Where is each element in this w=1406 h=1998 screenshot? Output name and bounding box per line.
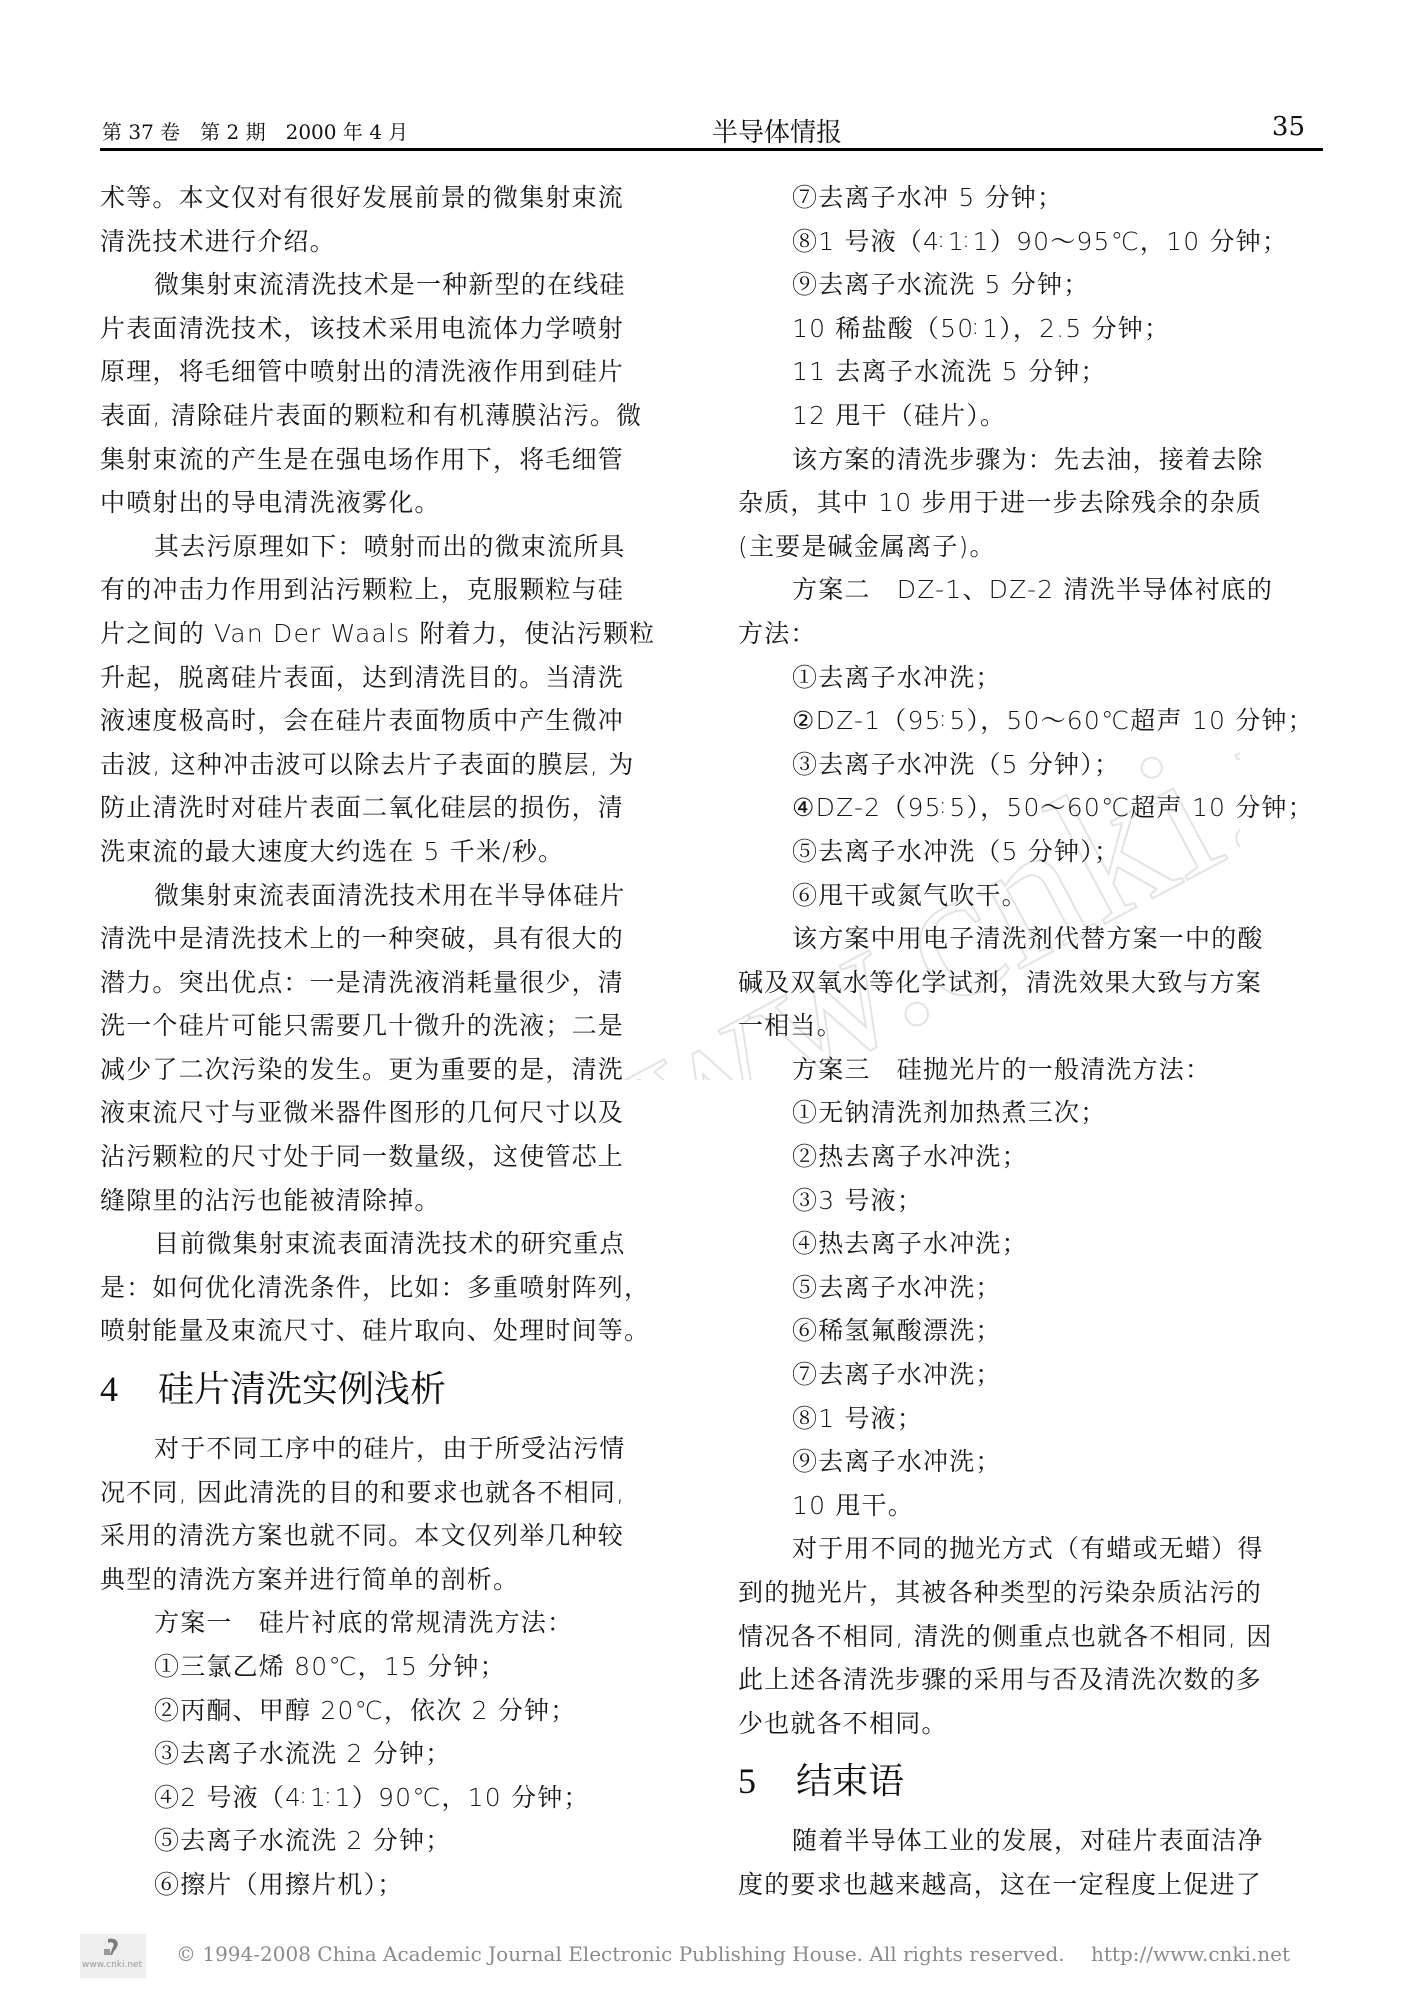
text-line: 对于不同工序中的硅片，由于所受沾污情: [100, 1427, 680, 1471]
right-body-text: ⑦去离子水冲 5 分钟；⑧1 号液（4∶1∶1）90～95℃，10 分钟；⑨去离…: [738, 176, 1323, 1745]
text-line: ④2 号液（4∶1∶1）90℃，10 分钟；: [100, 1776, 680, 1820]
text-line: 10 稀盐酸（50∶1），2.5 分钟；: [738, 307, 1323, 351]
text-line: 到的抛光片，其被各种类型的污染杂质沾污的: [738, 1571, 1323, 1615]
text-line: ①去离子水冲洗；: [738, 656, 1323, 700]
text-line: 片之间的 Van Der Waals 附着力，使沾污颗粒: [100, 612, 680, 656]
text-line: 清洗中是清洗技术上的一种突破，具有很大的: [100, 917, 680, 961]
cnki-logo-icon: [102, 1937, 122, 1957]
text-line: 方案三 硅抛光片的一般清洗方法：: [738, 1048, 1323, 1092]
text-line: 方案二 DZ-1、DZ-2 清洗半导体衬底的: [738, 568, 1323, 612]
text-line: (主要是碱金属离子)。: [738, 525, 1323, 569]
text-line: 液速度极高时，会在硅片表面物质中产生微冲: [100, 699, 680, 743]
text-line: 该方案中用电子清洗剂代替方案一中的酸: [738, 917, 1323, 961]
text-line: 清洗技术进行介绍。: [100, 220, 680, 264]
text-line: ③3 号液；: [738, 1179, 1323, 1223]
text-line: 沾污颗粒的尺寸处于同一数量级，这使管芯上: [100, 1135, 680, 1179]
text-line: 该方案的清洗步骤为：先去油，接着去除: [738, 438, 1323, 482]
journal-title: 半导体情报: [712, 112, 842, 149]
text-line: 液束流尺寸与亚微米器件图形的几何尺寸以及: [100, 1091, 680, 1135]
section-5-heading: 5结束语: [738, 1749, 1323, 1813]
text-line: 集射束流的产生是在强电场作用下，将毛细管: [100, 438, 680, 482]
text-line: ⑦去离子水冲 5 分钟；: [738, 176, 1323, 220]
text-line: 方法：: [738, 612, 1323, 656]
text-line: 片表面清洗技术，该技术采用电流体力学喷射: [100, 307, 680, 351]
text-line: 洗一个硅片可能只需要几十微升的洗液；二是: [100, 1004, 680, 1048]
text-line: 少也就各不相同。: [738, 1702, 1323, 1746]
text-line: 10 甩干。: [738, 1484, 1323, 1528]
text-line: 有的冲击力作用到沾污颗粒上，克服颗粒与硅: [100, 568, 680, 612]
text-line: 典型的清洗方案并进行简单的剖析。: [100, 1558, 680, 1602]
left-body-text-after: 对于不同工序中的硅片，由于所受沾污情况不同, 因此清洗的目的和要求也就各不相同,…: [100, 1427, 680, 1907]
text-line: 12 甩干（硅片）。: [738, 394, 1323, 438]
text-line: ⑨去离子水冲洗；: [738, 1440, 1323, 1484]
text-line: 情况各不相同, 清洗的侧重点也就各不相同, 因: [738, 1615, 1323, 1659]
text-line: 原理，将毛细管中喷射出的清洗液作用到硅片: [100, 350, 680, 394]
text-line: 此上述各清洗步骤的采用与否及清洗次数的多: [738, 1658, 1323, 1702]
text-line: ②丙酮、甲醇 20℃，依次 2 分钟；: [100, 1689, 680, 1733]
text-line: 采用的清洗方案也就不同。本文仅列举几种较: [100, 1514, 680, 1558]
text-line: 中喷射出的导电清洗液雾化。: [100, 481, 680, 525]
text-line: 升起，脱离硅片表面，达到清洗目的。当清洗: [100, 656, 680, 700]
text-line: 碱及双氧水等化学试剂，清洗效果大致与方案: [738, 961, 1323, 1005]
text-line: ⑧1 号液；: [738, 1397, 1323, 1441]
text-line: ⑥稀氢氟酸漂洗；: [738, 1309, 1323, 1353]
text-line: ④DZ-2（95∶5），50～60℃超声 10 分钟；: [738, 786, 1323, 830]
text-line: 缝隙里的沾污也能被清除掉。: [100, 1179, 680, 1223]
cnki-logo[interactable]: www.cnki.net: [80, 1934, 146, 1978]
text-line: 其去污原理如下：喷射而出的微束流所具: [100, 525, 680, 569]
text-line: 随着半导体工业的发展，对硅片表面洁净: [738, 1819, 1323, 1863]
text-line: 防止清洗时对硅片表面二氧化硅层的损伤，清: [100, 786, 680, 830]
text-line: 一相当。: [738, 1004, 1323, 1048]
text-line: 减少了二次污染的发生。更为重要的是，清洗: [100, 1048, 680, 1092]
text-line: 微集射束流表面清洗技术用在半导体硅片: [100, 874, 680, 918]
section-title: 硅片清洗实例浅析: [158, 1369, 446, 1410]
text-line: ⑧1 号液（4∶1∶1）90～95℃，10 分钟；: [738, 220, 1323, 264]
text-line: 目前微集射束流表面清洗技术的研究重点: [100, 1222, 680, 1266]
section-number: 4: [100, 1357, 158, 1421]
page-number: 35: [1272, 112, 1305, 142]
text-line: ①无钠清洗剂加热煮三次；: [738, 1091, 1323, 1135]
issue-info: 第 37 卷 第 2 期 2000 年 4 月: [102, 116, 408, 145]
text-line: 方案一 硅片衬底的常规清洗方法：: [100, 1601, 680, 1645]
section-number: 5: [738, 1749, 796, 1813]
text-line: 洗束流的最大速度大约选在 5 千米/秒。: [100, 830, 680, 874]
left-column: 术等。本文仅对有很好发展前景的微集射束流清洗技术进行介绍。微集射束流清洗技术是一…: [100, 176, 680, 1907]
section-title: 结束语: [796, 1761, 904, 1802]
text-line: ⑥甩干或氮气吹干。: [738, 874, 1323, 918]
text-line: 表面, 清除硅片表面的颗粒和有机薄膜沾污。微: [100, 394, 680, 438]
text-line: ⑤去离子水流洗 2 分钟；: [100, 1819, 680, 1863]
logo-text: www.cnki.net: [82, 1960, 142, 1970]
text-line: ⑤去离子水冲洗；: [738, 1266, 1323, 1310]
text-line: ⑥擦片（用擦片机）；: [100, 1863, 680, 1907]
footer: www.cnki.net © 1994-2008 China Academic …: [80, 1934, 1330, 1978]
text-line: 是：如何优化清洗条件，比如：多重喷射阵列，: [100, 1266, 680, 1310]
text-line: 杂质，其中 10 步用于进一步去除残余的杂质: [738, 481, 1323, 525]
text-line: 术等。本文仅对有很好发展前景的微集射束流: [100, 176, 680, 220]
running-header: 第 37 卷 第 2 期 2000 年 4 月 半导体情报 35: [100, 112, 1323, 151]
text-line: 对于用不同的抛光方式（有蜡或无蜡）得: [738, 1527, 1323, 1571]
text-line: ④热去离子水冲洗；: [738, 1222, 1323, 1266]
right-column: ⑦去离子水冲 5 分钟；⑧1 号液（4∶1∶1）90～95℃，10 分钟；⑨去离…: [738, 176, 1323, 1907]
text-line: 击波, 这种冲击波可以除去片子表面的膜层, 为: [100, 743, 680, 787]
text-line: 11 去离子水流洗 5 分钟；: [738, 350, 1323, 394]
text-line: 喷射能量及束流尺寸、硅片取向、处理时间等。: [100, 1309, 680, 1353]
text-line: 况不同, 因此清洗的目的和要求也就各不相同,: [100, 1471, 680, 1515]
text-line: 潜力。突出优点：一是清洗液消耗量很少，清: [100, 961, 680, 1005]
text-line: ②DZ-1（95∶5），50～60℃超声 10 分钟；: [738, 699, 1323, 743]
text-line: ⑦去离子水冲洗；: [738, 1353, 1323, 1397]
text-line: ①三氯乙烯 80℃，15 分钟；: [100, 1645, 680, 1689]
text-line: ⑤去离子水冲洗（5 分钟）；: [738, 830, 1323, 874]
text-line: ②热去离子水冲洗；: [738, 1135, 1323, 1179]
text-line: ③去离子水冲洗（5 分钟）；: [738, 743, 1323, 787]
text-line: ⑨去离子水流洗 5 分钟；: [738, 263, 1323, 307]
copyright-notice: © 1994-2008 China Academic Journal Elect…: [176, 1938, 1290, 1967]
right-body-text-after: 随着半导体工业的发展，对硅片表面洁净度的要求也越来越高，这在一定程度上促进了: [738, 1819, 1323, 1906]
text-line: ③去离子水流洗 2 分钟；: [100, 1732, 680, 1776]
text-line: 微集射束流清洗技术是一种新型的在线硅: [100, 263, 680, 307]
section-4-heading: 4硅片清洗实例浅析: [100, 1357, 680, 1421]
text-line: 度的要求也越来越高，这在一定程度上促进了: [738, 1863, 1323, 1907]
left-body-text: 术等。本文仅对有很好发展前景的微集射束流清洗技术进行介绍。微集射束流清洗技术是一…: [100, 176, 680, 1353]
